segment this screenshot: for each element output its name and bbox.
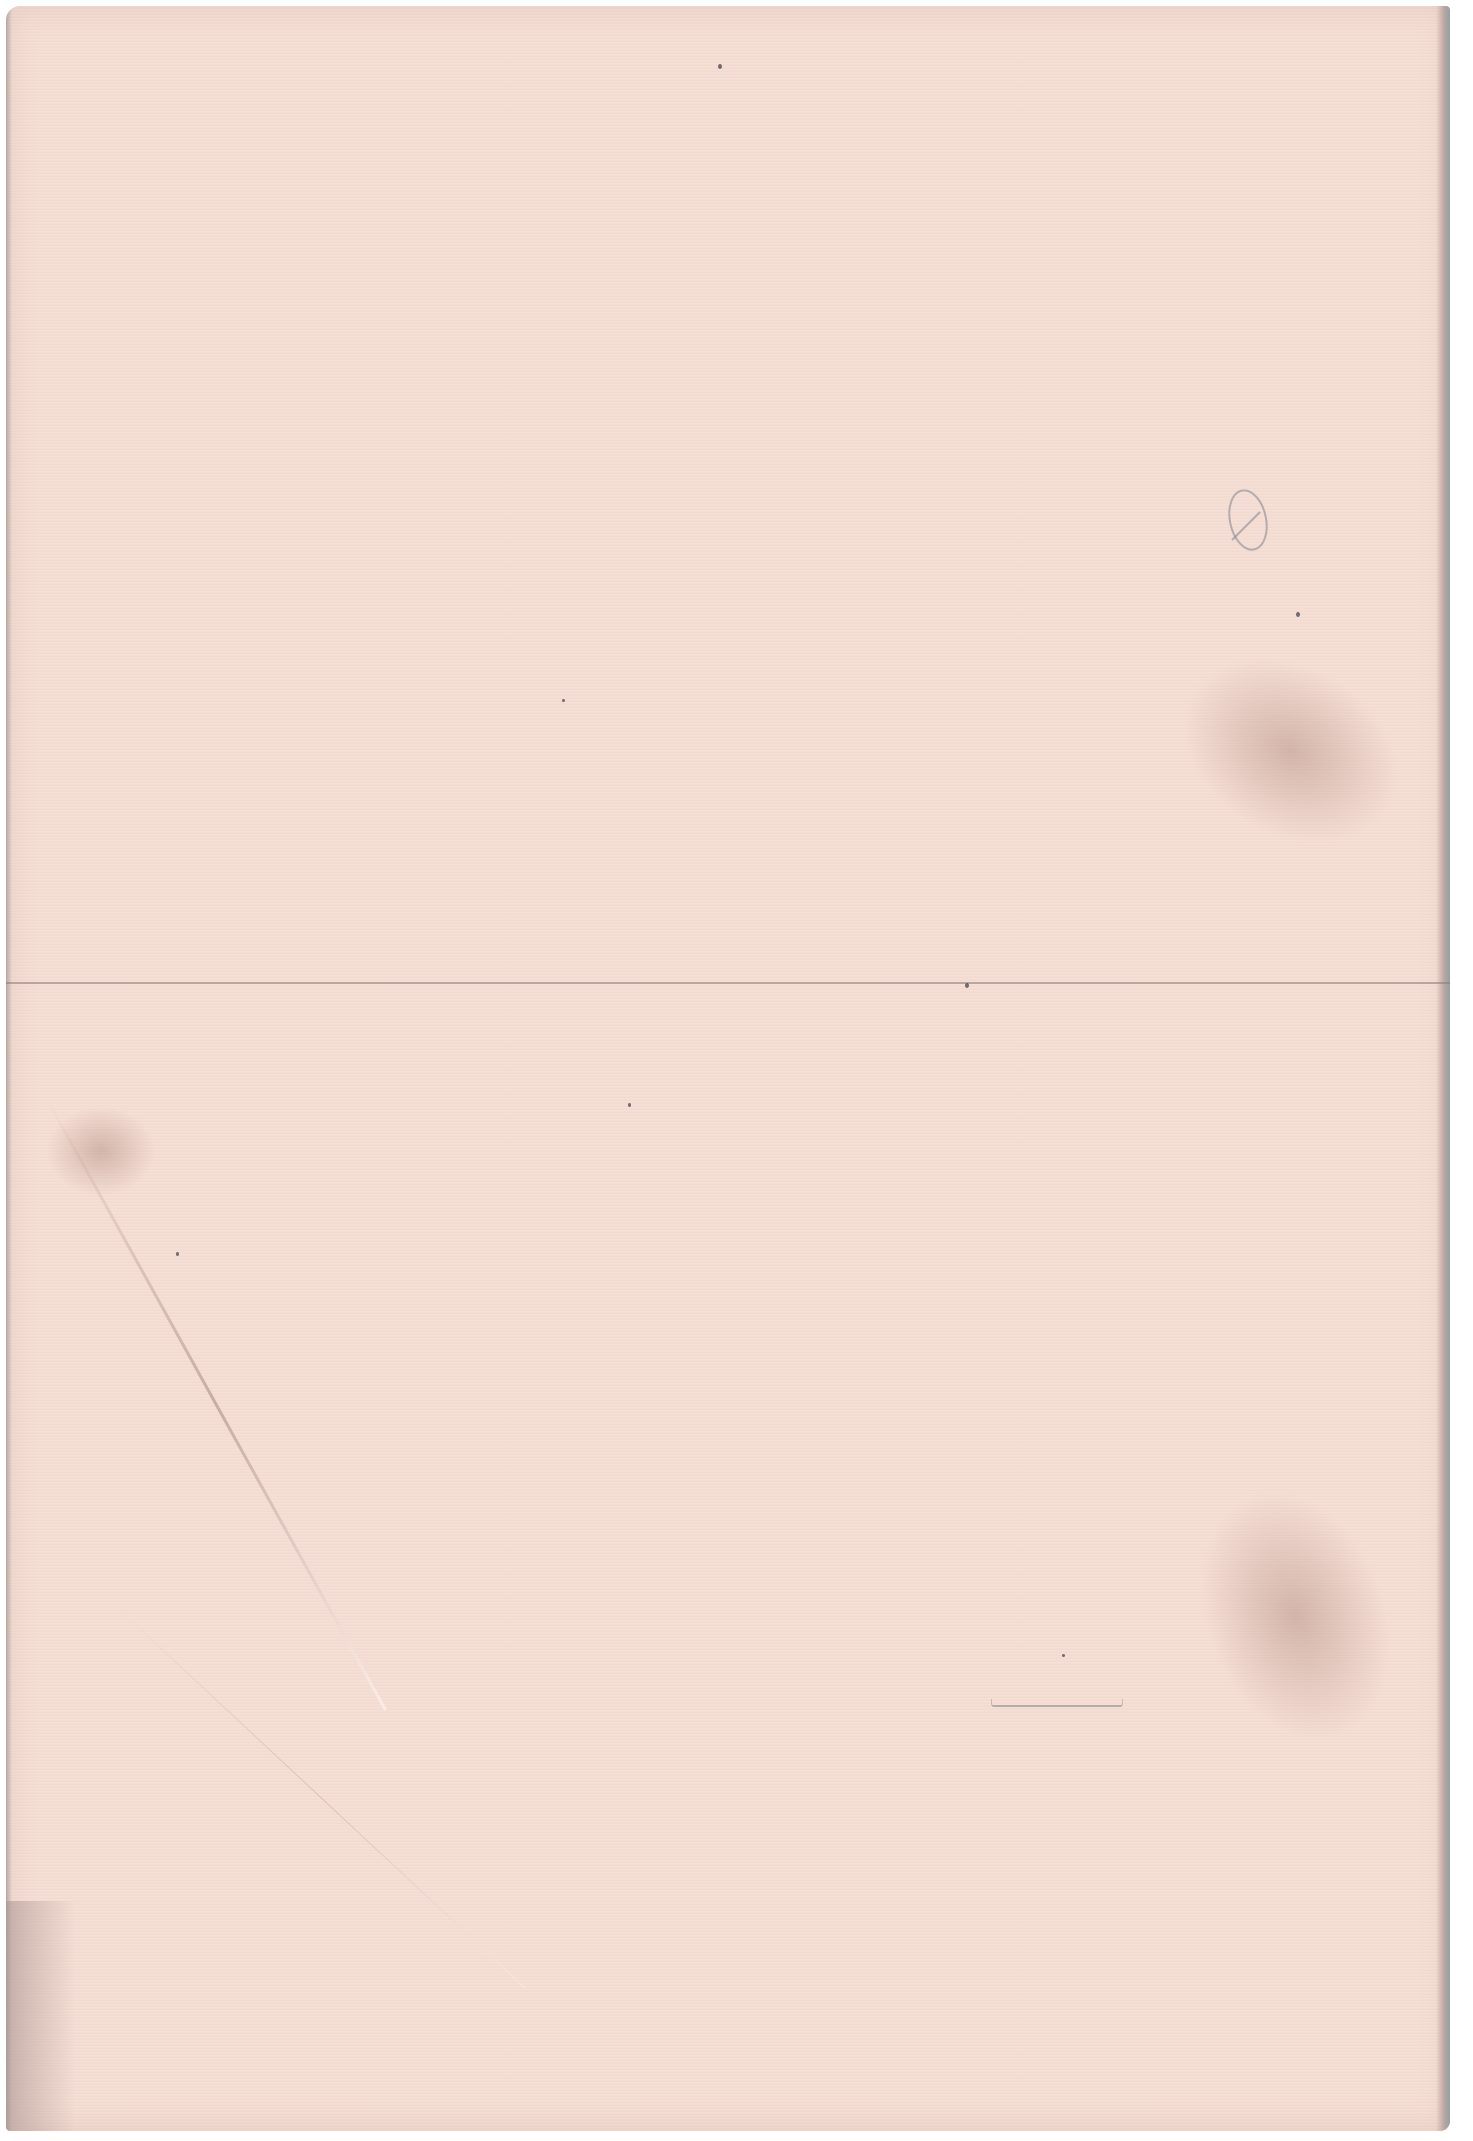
paper-page <box>6 6 1450 2131</box>
speck <box>176 1252 179 1256</box>
horizontal-fold-line <box>6 982 1450 984</box>
circled-x-pencil-icon <box>1220 484 1274 556</box>
speck <box>562 699 565 702</box>
speck <box>965 983 969 988</box>
speck <box>1062 1654 1065 1657</box>
frayed-corner <box>6 1901 76 2131</box>
left-edge-shadow <box>6 6 12 2131</box>
stain-left <box>46 1106 156 1196</box>
speck <box>1296 612 1300 617</box>
speck <box>628 1103 631 1107</box>
paper-texture <box>6 6 1450 2131</box>
pencil-underline-mark <box>991 1699 1123 1707</box>
right-edge-binding <box>1436 6 1450 2131</box>
speck <box>718 64 722 69</box>
